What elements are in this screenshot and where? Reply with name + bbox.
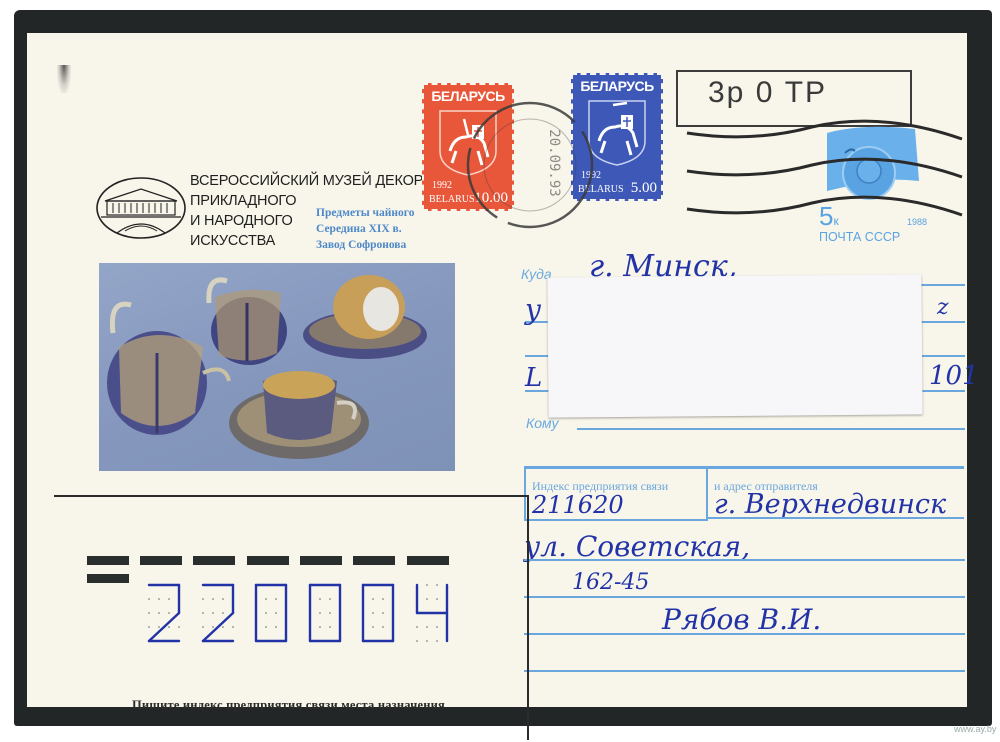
registration-text: 3р 0 ТР (708, 76, 827, 110)
museum-name-line-3: И НАРОДНОГО (190, 213, 293, 229)
cup-top-right-shape (303, 275, 427, 359)
museum-name-line-4: ИСКУССТВА (190, 233, 275, 249)
sender-line-5 (524, 670, 965, 672)
sender-line-2 (524, 559, 965, 561)
sender-line-4 (524, 633, 965, 635)
caption-line-2: Середина XIX в. (316, 223, 402, 235)
cup-bottom-shape (229, 371, 369, 459)
postcode-bar (247, 556, 289, 565)
teapot-shape (107, 304, 229, 435)
museum-name-line-1: ВСЕРОССИЙСКИЙ МУЗЕЙ ДЕКОРАТ (190, 173, 439, 189)
address-line-5 (577, 428, 965, 430)
postcode-digit (252, 581, 290, 645)
sender-city-handwriting: г. Верхнедвинск (714, 489, 946, 520)
museum-name-line-2: ПРИКЛАДНОГО (190, 193, 296, 209)
sender-index-handwriting: 211620 (532, 491, 624, 519)
postcode-bar (193, 556, 235, 565)
sender-name-handwriting: Рябов В.И. (662, 603, 821, 636)
to-line2-start: у (525, 293, 541, 326)
envelope: ВСЕРОССИЙСКИЙ МУЗЕЙ ДЕКОРАТ ПРИКЛАДНОГО … (27, 33, 967, 707)
sender-house-handwriting: 162-45 (572, 570, 649, 595)
postcode-bar (87, 574, 129, 583)
to-line2-end: z (937, 295, 949, 320)
stamp-year: 1992 (432, 180, 452, 191)
postcode-bar (140, 556, 182, 565)
postcode-digit (145, 581, 183, 645)
sender-line-1 (707, 517, 964, 519)
postcode-hint: Пишите индекс предприятия связи места на… (132, 698, 445, 713)
postcode-bar (300, 556, 342, 565)
postcode-digit (199, 581, 237, 645)
caption-line-1: Предметы чайного (316, 207, 414, 219)
wavy-cancellation-lines (682, 113, 967, 223)
postcode-bar (87, 556, 129, 565)
indicium-post-label: ПОЧТА СССР (819, 230, 900, 244)
stamp-value: 5.00 (631, 180, 657, 197)
postcode-digit (306, 581, 344, 645)
ink-smudge (57, 65, 71, 93)
creamer-shape (209, 280, 287, 365)
caption-line-3: Завод Софронова (316, 239, 406, 251)
svg-text:20.09.93: 20.09.93 (546, 129, 562, 196)
postcode-bar (353, 556, 395, 565)
sender-section: Индекс предприятия связи и адрес отправи… (524, 466, 964, 524)
tea-set-photo (99, 263, 455, 471)
watermark: www.ay.by (954, 724, 996, 734)
postmark-cancellation-icon: 20.09.93 (452, 83, 602, 243)
to-line4-start: L (525, 363, 542, 393)
to-line4-end: 101 (929, 361, 979, 391)
postcode-digit (359, 581, 397, 645)
postcode-digit (413, 581, 451, 645)
redaction-paper-strip (547, 274, 922, 417)
museum-logo-icon (95, 175, 187, 241)
postcode-bar (407, 556, 449, 565)
sender-line-3 (524, 596, 965, 598)
